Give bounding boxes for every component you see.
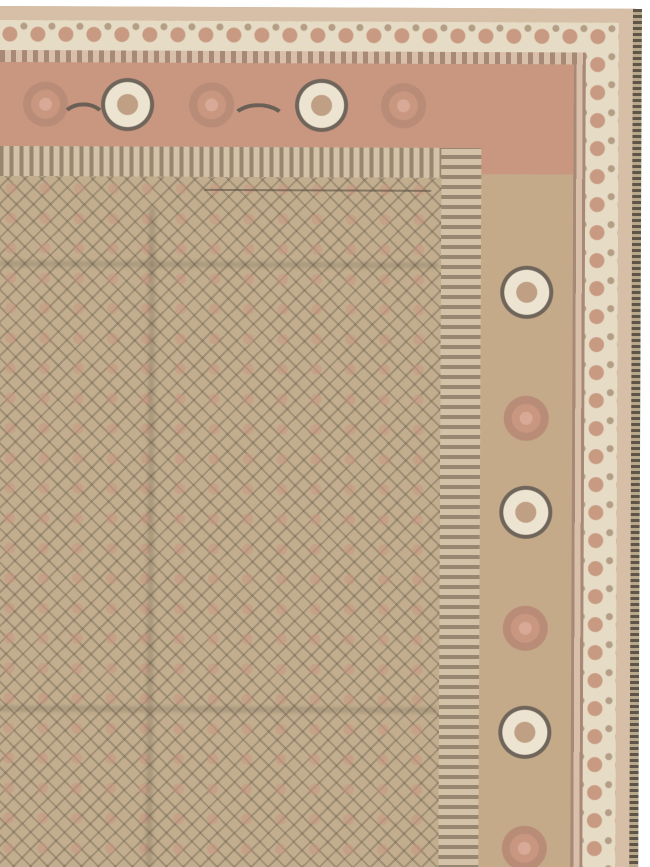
cartouche-motif — [494, 484, 558, 540]
inner-border-right — [438, 148, 481, 867]
rosette-motif — [379, 82, 427, 130]
inner-border-top — [0, 146, 481, 178]
rosette-motif — [502, 394, 550, 442]
corner-piece — [481, 64, 573, 174]
main-border-right — [478, 64, 574, 867]
cartouche-motif — [495, 264, 559, 320]
herati-field — [0, 176, 441, 867]
rug-photo — [0, 6, 642, 867]
rosette-motif — [187, 81, 235, 129]
rosette-motif — [500, 824, 548, 867]
field-frame-line — [204, 189, 431, 206]
cartouche-motif — [493, 704, 557, 760]
vine-motif — [229, 103, 287, 141]
cartouche-motif — [289, 77, 353, 133]
rosette-motif — [501, 604, 549, 652]
vine-motif — [59, 102, 107, 140]
